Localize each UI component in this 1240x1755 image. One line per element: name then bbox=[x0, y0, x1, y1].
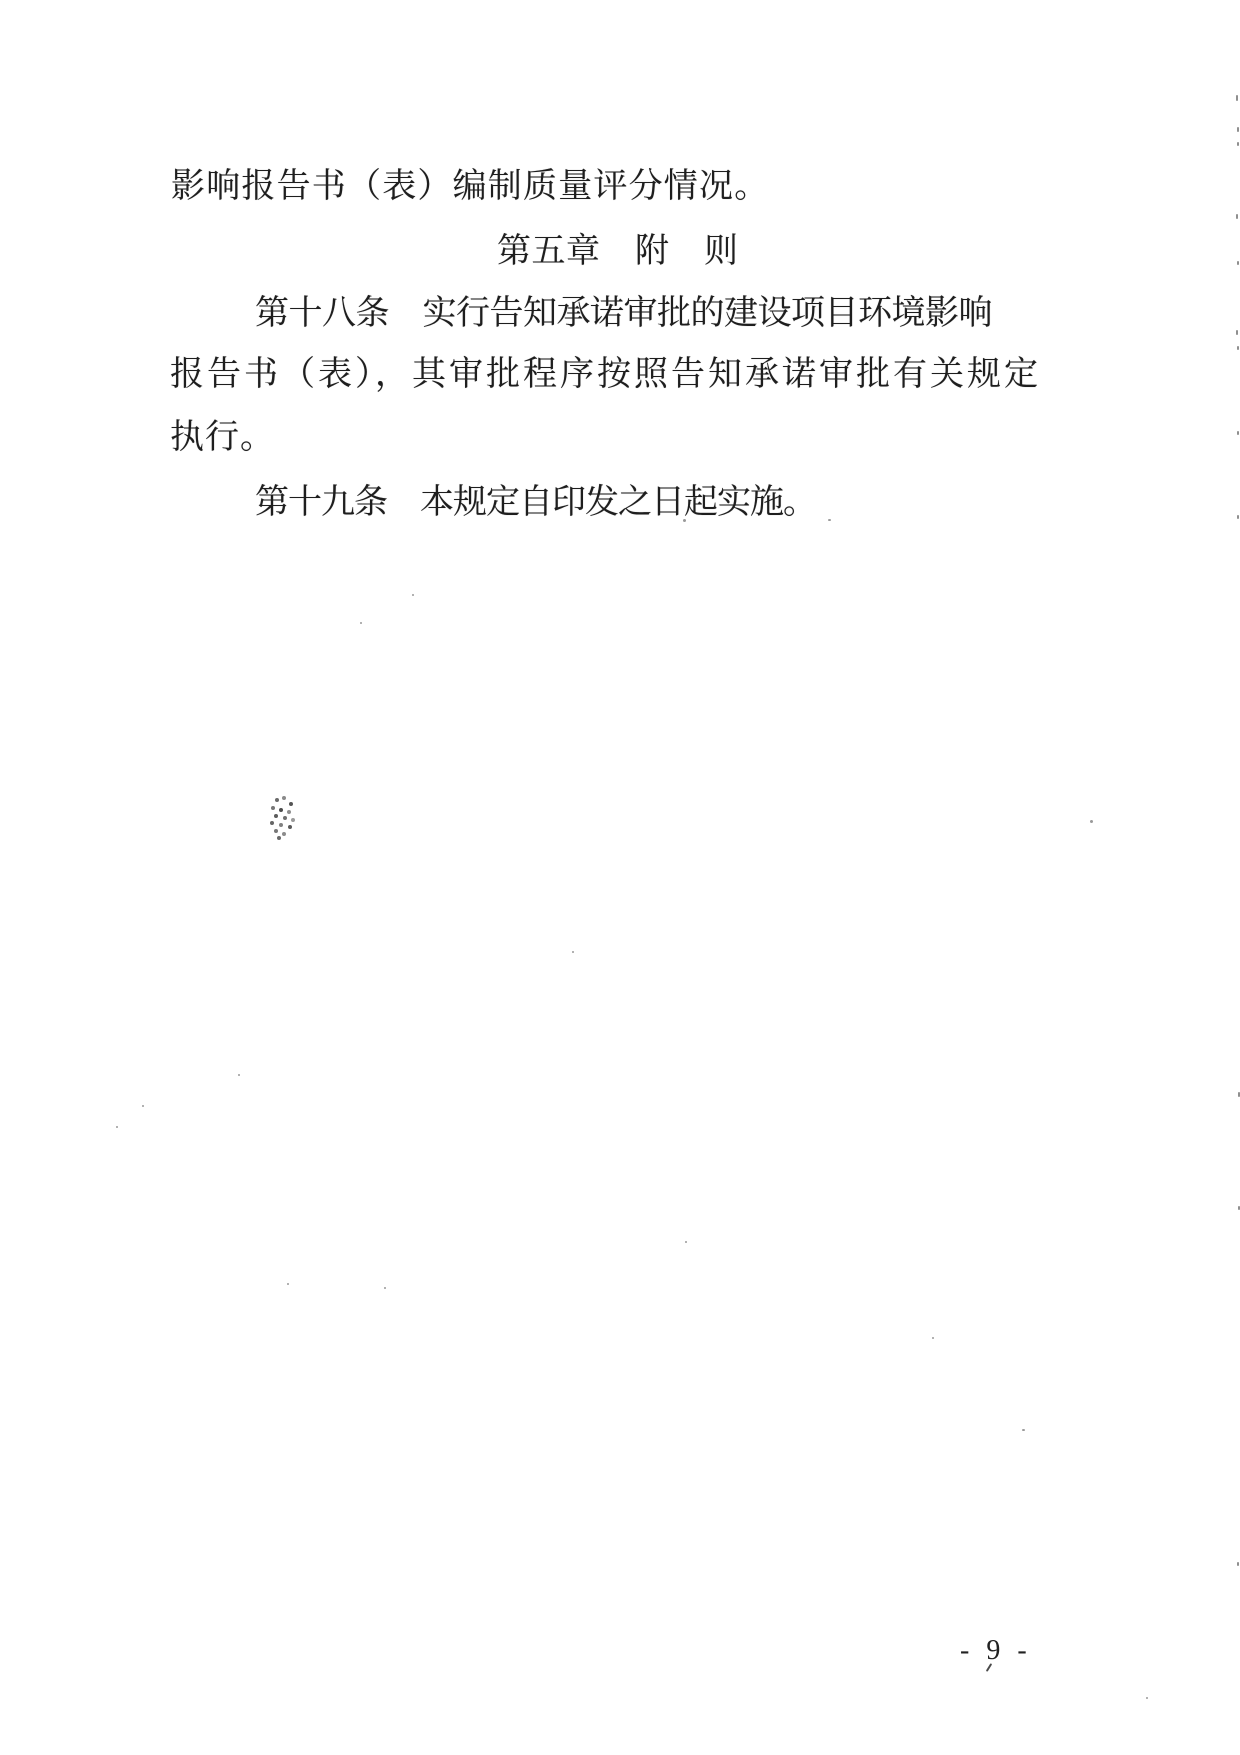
page-edge-artifact bbox=[1236, 95, 1238, 101]
article-19-line: 第十九条 本规定自印发之日起实施。 bbox=[255, 482, 816, 524]
scan-speck bbox=[412, 594, 414, 596]
scan-speck bbox=[685, 1241, 687, 1243]
scan-speck bbox=[683, 519, 686, 522]
scan-speck bbox=[142, 1105, 144, 1107]
scan-speck bbox=[238, 1074, 240, 1076]
page-number: - 9 - bbox=[960, 1634, 1032, 1668]
page-edge-artifact bbox=[1237, 127, 1239, 132]
page-edge-artifact bbox=[1237, 515, 1239, 519]
scan-speck bbox=[360, 622, 362, 624]
page-edge-artifact bbox=[1236, 214, 1238, 219]
page-edge-artifact bbox=[1237, 1562, 1239, 1566]
article-18-line-3: 执行。 bbox=[170, 417, 275, 459]
scan-speck bbox=[384, 1287, 386, 1289]
scan-speck bbox=[1146, 1697, 1148, 1699]
article-18-line-2: 报告书（表），其审批程序按照告知承诺审批有关规定 bbox=[170, 354, 1041, 396]
page-edge-artifact bbox=[1237, 261, 1239, 265]
scan-speck bbox=[828, 519, 831, 521]
chapter-heading: 第五章 附 则 bbox=[497, 231, 739, 273]
article-18-line-1: 第十八条 实行告知承诺审批的建设项目环境影响 bbox=[255, 293, 992, 335]
page-edge-artifact bbox=[1237, 431, 1239, 435]
scan-speck bbox=[287, 1283, 289, 1285]
ink-smudge-artifact bbox=[268, 796, 270, 798]
page-edge-artifact bbox=[1237, 346, 1239, 350]
page-edge-artifact bbox=[1237, 142, 1239, 146]
scan-speck bbox=[932, 1337, 934, 1339]
scan-speck bbox=[116, 1126, 118, 1128]
scan-speck bbox=[1090, 820, 1093, 823]
page-edge-artifact bbox=[1236, 330, 1238, 335]
scan-speck bbox=[1022, 1429, 1025, 1431]
scan-speck bbox=[572, 951, 574, 953]
paragraph-continuation-line: 影响报告书（表）编制质量评分情况。 bbox=[171, 166, 769, 208]
document-page: 影响报告书（表）编制质量评分情况。 第五章 附 则 第十八条 实行告知承诺审批的… bbox=[0, 0, 1240, 1755]
